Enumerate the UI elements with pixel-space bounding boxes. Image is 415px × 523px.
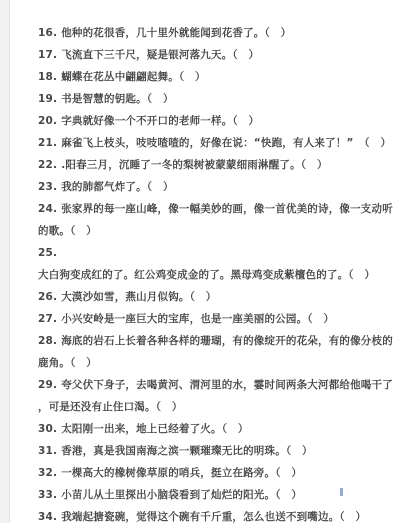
question-number: 18.	[38, 71, 57, 83]
question-number: 34.	[38, 511, 57, 523]
question-item-21: 21.麻雀飞上枝头，吱吱喳喳的，好像在说：“快跑，有人来了！” （ ）	[38, 132, 396, 154]
question-text: 夸父伏下身子，去喝黄河、渭河里的水，霎时间两条大河都给他喝干了，可是还没有止住口…	[38, 379, 393, 413]
question-item-19: 19.书是智慧的钥匙。（ ）	[38, 88, 396, 110]
question-text: 太阳刚一出来，地上已经着了火。（ ）	[61, 423, 248, 435]
question-text: 香港，真是我国南海之滨一颗璀璨无比的明珠。（ ）	[61, 445, 313, 457]
question-number: 31.	[38, 445, 57, 457]
question-number: 27.	[38, 313, 57, 325]
question-number: 20.	[38, 115, 57, 127]
question-number: 24.	[38, 203, 57, 215]
question-text: 我端起搪瓷碗，觉得这个碗有千斤重，怎么也送不到嘴边。（ ）	[61, 511, 366, 523]
question-item-22: 22..阳春三月，沉睡了一冬的梨树被蒙蒙细雨淋醒了。（ ）	[38, 154, 396, 176]
question-number: 19.	[38, 93, 57, 105]
question-text: 小苗儿从土里探出小脑袋看到了灿烂的阳光。（ ）	[61, 489, 302, 501]
question-text: 大白狗变成红的了。红公鸡变成金的了。黑母鸡变成紫檀色的了。（ ）	[38, 269, 375, 281]
question-item-31: 31.香港，真是我国南海之滨一颗璀璨无比的明珠。（ ）	[38, 440, 396, 462]
question-text: 张家界的每一座山峰，像一幅美妙的画，像一首优美的诗，像一支动听的歌。（ ）	[38, 203, 393, 237]
question-number: 32.	[38, 467, 57, 479]
question-text: 小兴安岭是一座巨大的宝库，也是一座美丽的公园。（ ）	[61, 313, 334, 325]
question-number: 25.	[38, 247, 57, 259]
question-text: .阳春三月，沉睡了一冬的梨树被蒙蒙细雨淋醒了。（ ）	[61, 159, 327, 171]
question-text: 我的肺都气炸了。（ ）	[61, 181, 173, 193]
question-number: 26.	[38, 291, 57, 303]
question-item-29: 29.夸父伏下身子，去喝黄河、渭河里的水，霎时间两条大河都给他喝干了，可是还没有…	[38, 374, 396, 418]
question-text: 麻雀飞上枝头，吱吱喳喳的，好像在说：“快跑，有人来了！” （ ）	[61, 137, 391, 149]
question-item-34: 34.我端起搪瓷碗，觉得这个碗有千斤重，怎么也送不到嘴边。（ ）	[38, 506, 396, 523]
question-item-25: 25.大白狗变成红的了。红公鸡变成金的了。黑母鸡变成紫檀色的了。（ ）	[38, 242, 396, 286]
question-text: 一棵高大的橡树像草原的哨兵，挺立在路旁。（ ）	[61, 467, 302, 479]
question-number: 16.	[38, 27, 57, 39]
question-number: 33.	[38, 489, 57, 501]
question-number: 17.	[38, 49, 57, 61]
question-item-26: 26.大漠沙如雪，燕山月似钩。（ ）	[38, 286, 396, 308]
question-item-20: 20.字典就好像一个不开口的老师一样。（ ）	[38, 110, 396, 132]
question-text: 大漠沙如雪，燕山月似钩。（ ）	[61, 291, 216, 303]
question-item-27: 27.小兴安岭是一座巨大的宝库，也是一座美丽的公园。（ ）	[38, 308, 396, 330]
question-item-24: 24.张家界的每一座山峰，像一幅美妙的画，像一首优美的诗，像一支动听的歌。（ ）	[38, 198, 396, 242]
question-number: 28.	[38, 335, 57, 347]
worksheet-page: 16.他种的花很香，几十里外就能闻到花香了。（ ） 17.飞流直下三千尺，疑是银…	[0, 0, 415, 523]
question-number: 22.	[38, 159, 57, 171]
question-item-16: 16.他种的花很香，几十里外就能闻到花香了。（ ）	[38, 22, 396, 44]
text-cursor-artifact	[340, 488, 343, 496]
question-text: 飞流直下三千尺，疑是银河落九天。（ ）	[61, 49, 259, 61]
question-number: 30.	[38, 423, 57, 435]
question-item-18: 18.蝴蝶在花丛中翩翩起舞。（ ）	[38, 66, 396, 88]
question-list: 16.他种的花很香，几十里外就能闻到花香了。（ ） 17.飞流直下三千尺，疑是银…	[0, 0, 415, 523]
question-item-28: 28.海底的岩石上长着各种各样的珊瑚，有的像绽开的花朵，有的像分枝的鹿角。（ ）	[38, 330, 396, 374]
question-text: 字典就好像一个不开口的老师一样。（ ）	[61, 115, 259, 127]
question-number: 21.	[38, 137, 57, 149]
question-text: 蝴蝶在花丛中翩翩起舞。（ ）	[61, 71, 206, 83]
question-item-32: 32.一棵高大的橡树像草原的哨兵，挺立在路旁。（ ）	[38, 462, 396, 484]
question-item-30: 30.太阳刚一出来，地上已经着了火。（ ）	[38, 418, 396, 440]
question-item-23: 23.我的肺都气炸了。（ ）	[38, 176, 396, 198]
question-item-17: 17.飞流直下三千尺，疑是银河落九天。（ ）	[38, 44, 396, 66]
question-text: 海底的岩石上长着各种各样的珊瑚，有的像绽开的花朵，有的像分枝的鹿角。（ ）	[38, 335, 393, 369]
question-text: 书是智慧的钥匙。（ ）	[61, 93, 173, 105]
question-text: 他种的花很香，几十里外就能闻到花香了。（ ）	[61, 27, 291, 39]
question-number: 23.	[38, 181, 57, 193]
question-number: 29.	[38, 379, 57, 391]
